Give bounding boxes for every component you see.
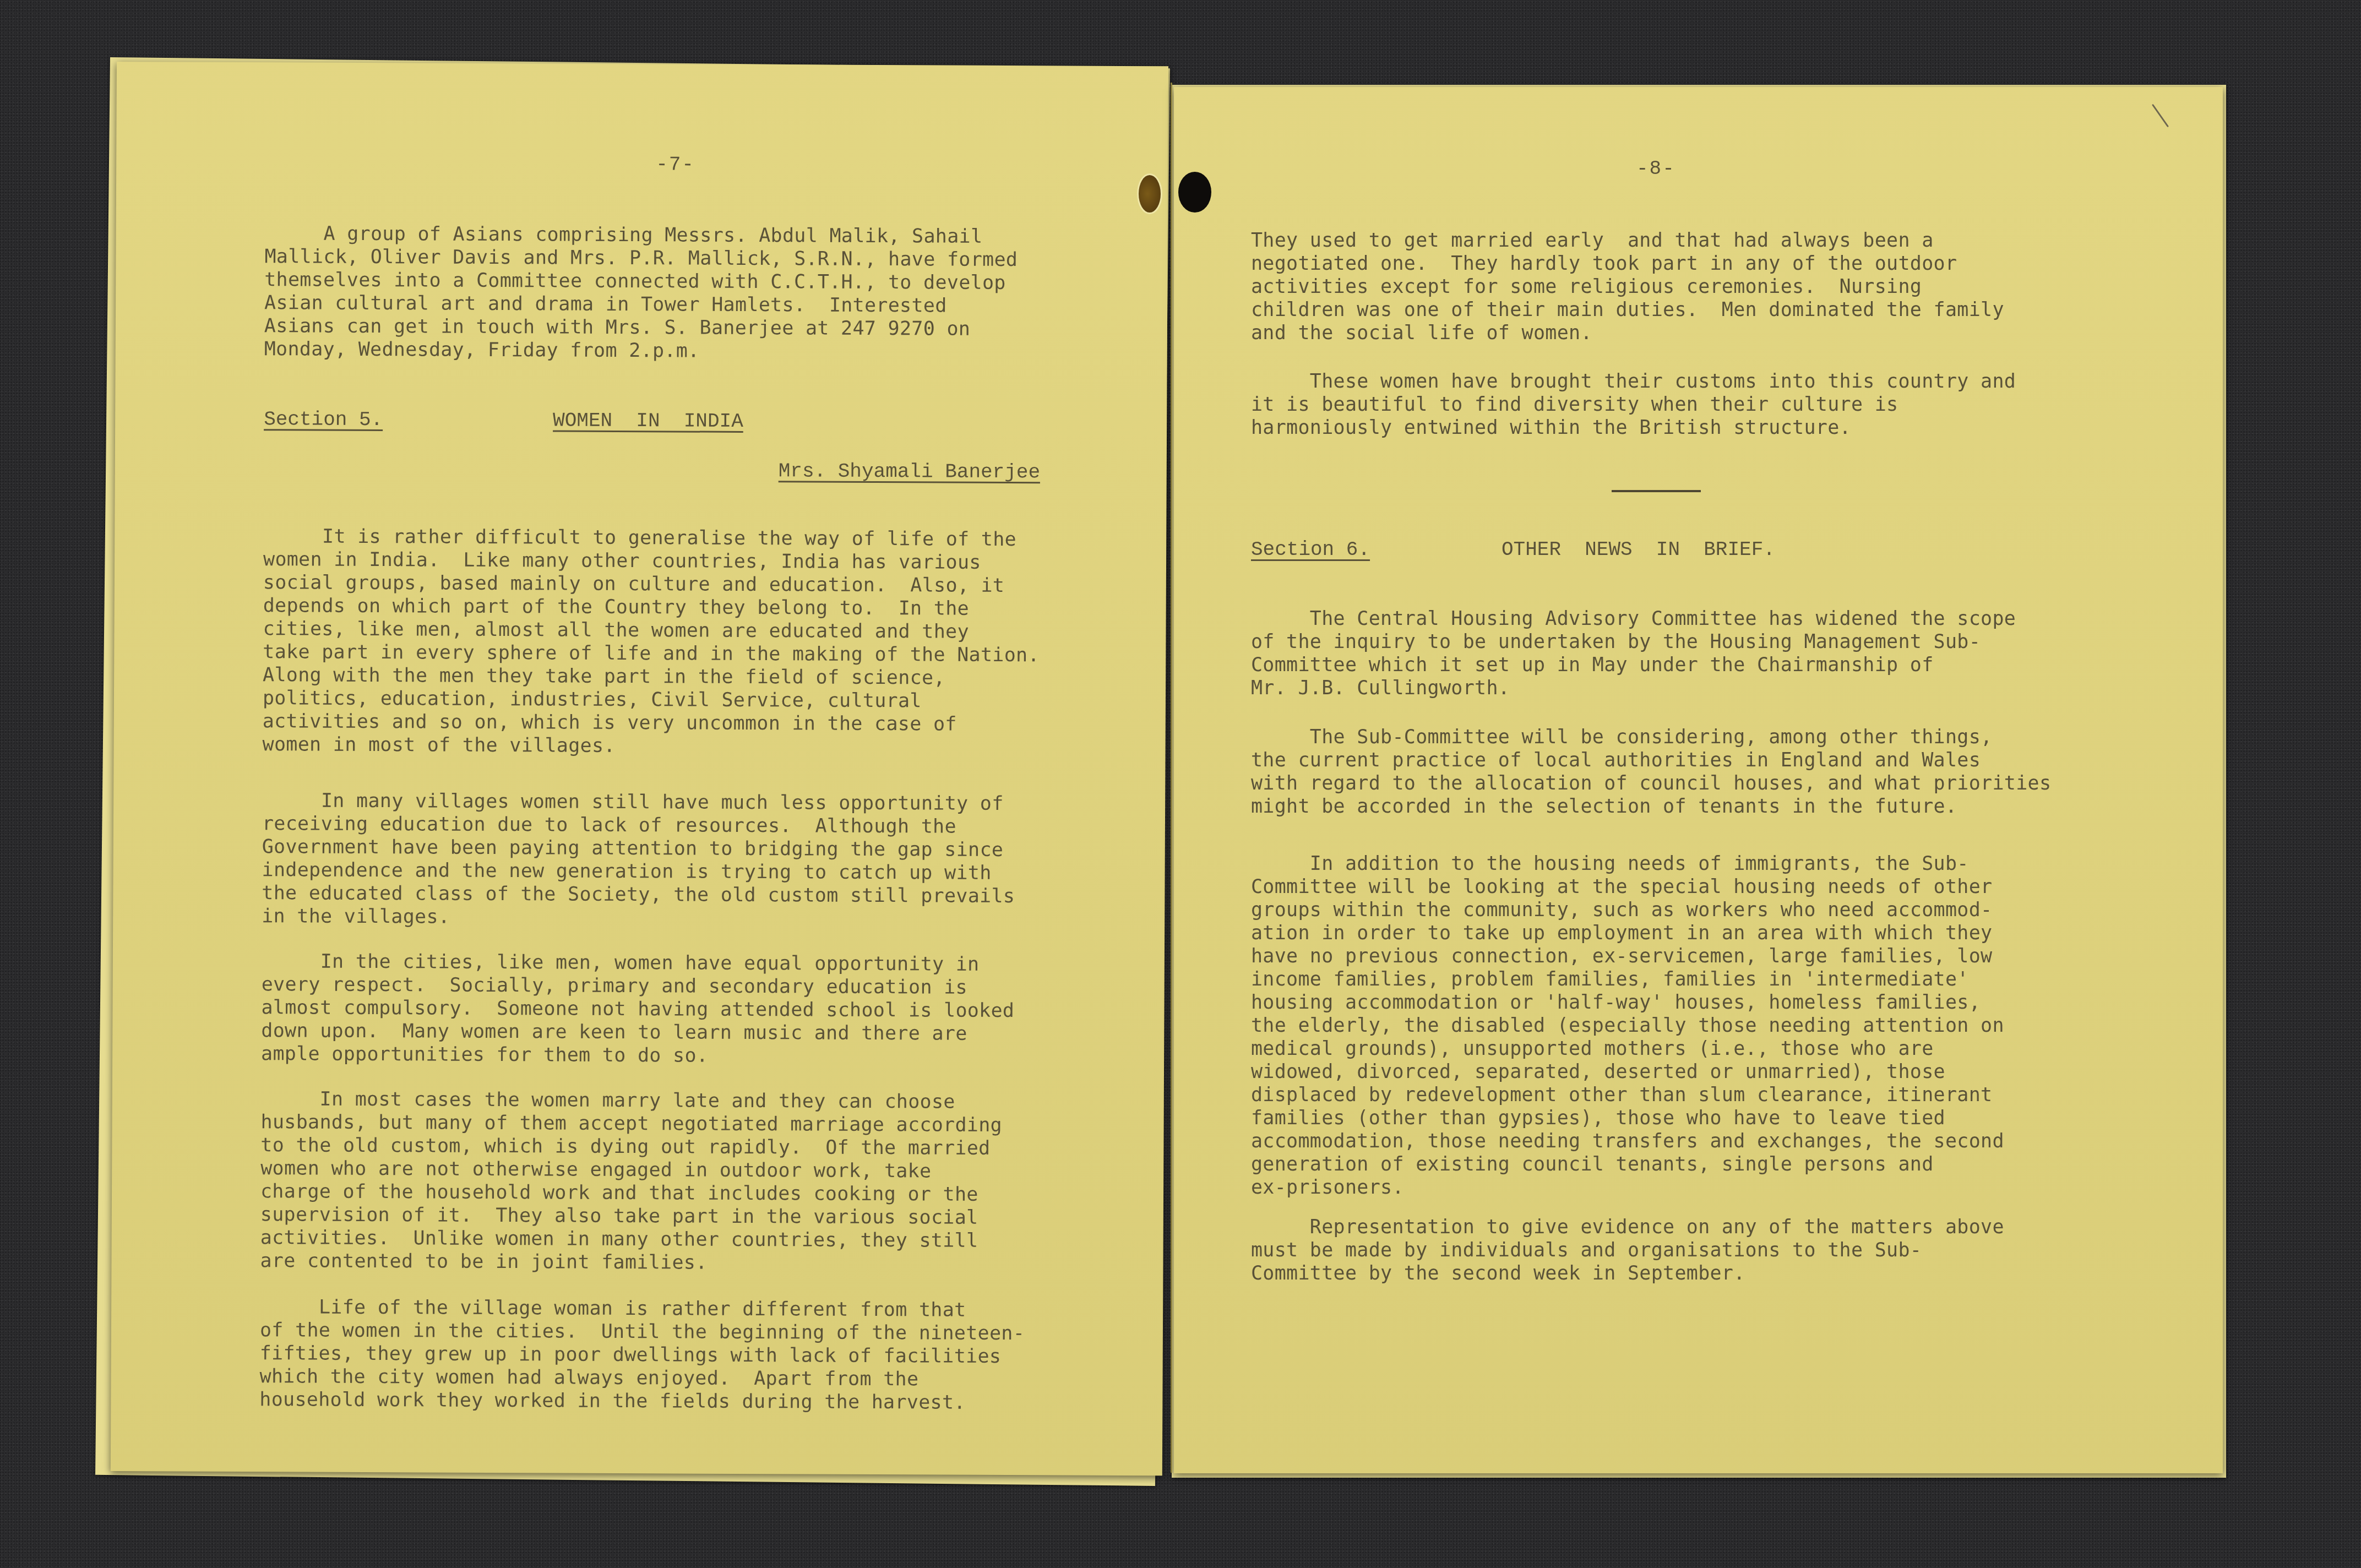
paragraph: In addition to the housing needs of immi… [1251,852,2004,1199]
paragraph: The Central Housing Advisory Committee h… [1251,607,2016,700]
paragraph: The Sub-Committee will be considering, a… [1251,726,2051,818]
section-label: Section 5. [264,408,383,431]
page-number: -8- [1636,157,1675,180]
punch-hole-icon [1137,173,1162,214]
paragraph: In most cases the women marry late and t… [260,1087,1002,1276]
intro-paragraph: A group of Asians comprising Messrs. Abd… [264,222,1018,364]
paragraph: In many villages women still have much l… [262,789,1015,931]
paragraph: Life of the village woman is rather diff… [259,1295,1025,1414]
paragraph: It is rather difficult to generalise the… [262,525,1040,759]
punch-hole-icon [1178,172,1211,213]
article-author: Mrs. Shyamali Banerjee [779,460,1040,483]
paragraph: In the cities, like men, women have equa… [261,950,1015,1069]
section-title: OTHER NEWS IN BRIEF. [1502,538,1775,561]
divider-rule [1612,490,1701,492]
section-label: Section 6. [1251,538,1370,561]
paragraph: These women have brought their customs i… [1251,370,2016,439]
spine-fold [1171,83,1172,1473]
right-page: -8- They used to get married early and t… [1174,87,2223,1473]
paragraph: Representation to give evidence on any o… [1251,1216,2004,1285]
page-number: -7- [656,153,695,176]
left-page: -7- A group of Asians comprising Messrs.… [111,62,1168,1476]
section-title: WOMEN IN INDIA [553,409,743,433]
paragraph: They used to get married early and that … [1251,229,2004,345]
